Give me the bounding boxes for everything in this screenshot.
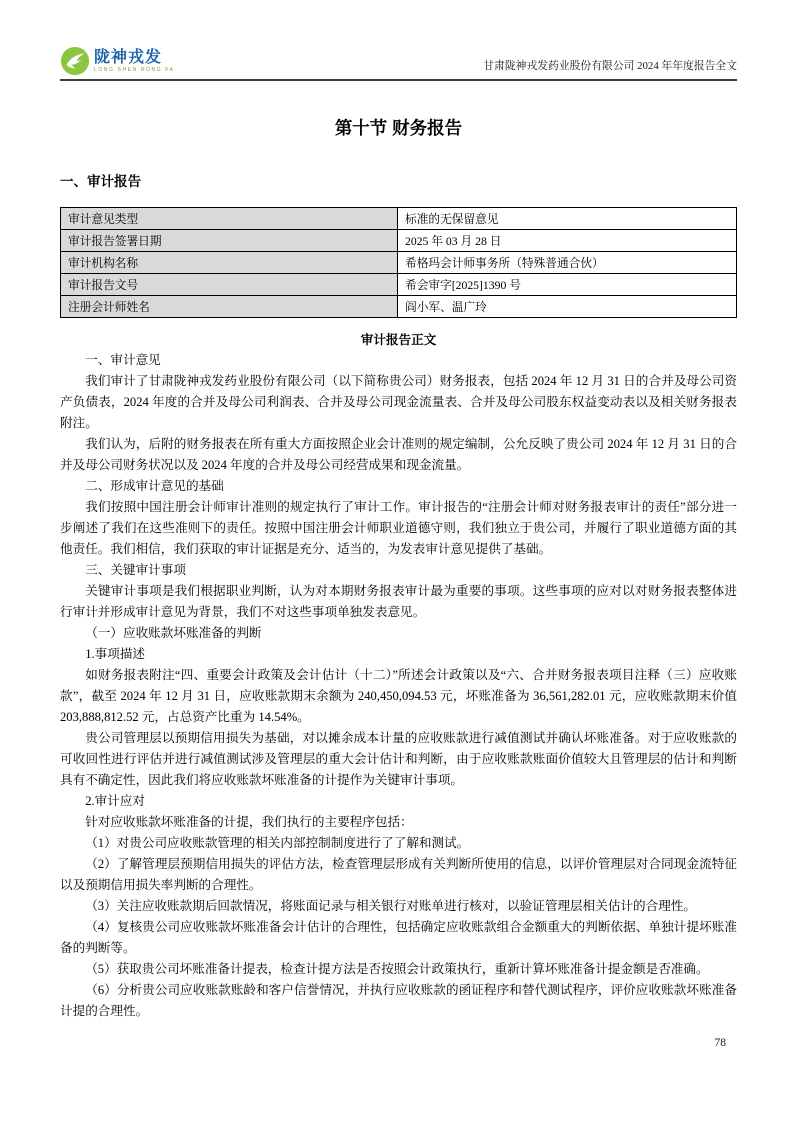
- audit-report-body-title: 审计报告正文: [60, 329, 737, 348]
- header-doc-title: 甘肃陇神戎发药业股份有限公司 2024 年年度报告全文: [483, 58, 737, 76]
- body-paragraph: 2.审计应对: [60, 791, 737, 812]
- page-title: 第十节 财务报告: [60, 115, 737, 140]
- body-paragraph: 1.事项描述: [60, 644, 737, 665]
- body-paragraph: （1）对贵公司应收账款管理的相关内部控制制度进行了了解和测试。: [60, 833, 737, 854]
- table-cell-label: 审计报告签署日期: [61, 230, 398, 252]
- table-cell-value: 2025 年 03 月 28 日: [398, 230, 737, 252]
- report-page: 陇神戎发 LONG SHEN RONG FA 甘肃陇神戎发药业股份有限公司 20…: [0, 0, 793, 1122]
- page-content: 陇神戎发 LONG SHEN RONG FA 甘肃陇神戎发药业股份有限公司 20…: [60, 0, 737, 1022]
- table-row: 审计机构名称 希格玛会计师事务所（特殊普通合伙）: [61, 252, 737, 274]
- table-row: 注册会计师姓名 阎小军、温广玲: [61, 296, 737, 318]
- logo-brand-en: LONG SHEN RONG FA: [94, 68, 175, 73]
- body-paragraph: 我们审计了甘肃陇神戎发药业股份有限公司（以下简称贵公司）财务报表，包括 2024…: [60, 371, 737, 434]
- body-paragraph: 三、关键审计事项: [60, 560, 737, 581]
- body-paragraph: （6）分析贵公司应收账款账龄和客户信誉情况，并执行应收账款的函证程序和替代测试程…: [60, 980, 737, 1022]
- table-cell-value: 希格玛会计师事务所（特殊普通合伙）: [398, 252, 737, 274]
- table-cell-label: 审计意见类型: [61, 208, 398, 230]
- section-heading-audit-report: 一、审计报告: [60, 170, 737, 190]
- body-paragraph: （3）关注应收账款期后回款情况，将账面记录与相关银行对账单进行核对，以验证管理层…: [60, 896, 737, 917]
- body-paragraph: 如财务报表附注“四、重要会计政策及会计估计（十二）”所述会计政策以及“六、合并财…: [60, 665, 737, 728]
- table-cell-value: 阎小军、温广玲: [398, 296, 737, 318]
- body-paragraph: （2）了解管理层预期信用损失的评估方法，检查管理层形成有关判断所使用的信息，以评…: [60, 854, 737, 896]
- body-paragraph: 关键审计事项是我们根据职业判断，认为对本期财务报表审计最为重要的事项。这些事项的…: [60, 581, 737, 623]
- body-paragraph: 一、审计意见: [60, 350, 737, 371]
- body-paragraph: 贵公司管理层以预期信用损失为基础，对以摊余成本计量的应收账款进行减值测试并确认坏…: [60, 728, 737, 791]
- body-paragraph: （4）复核贵公司应收账款坏账准备会计估计的合理性，包括确定应收账款组合金额重大的…: [60, 917, 737, 959]
- body-paragraph: （5）获取贵公司坏账准备计提表，检查计提方法是否按照会计政策执行，重新计算坏账准…: [60, 959, 737, 980]
- logo-bird-icon: [60, 46, 90, 76]
- table-cell-value: 希会审字[2025]1390 号: [398, 274, 737, 296]
- table-row: 审计报告文号 希会审字[2025]1390 号: [61, 274, 737, 296]
- table-cell-value: 标准的无保留意见: [398, 208, 737, 230]
- body-paragraph: （一）应收账款坏账准备的判断: [60, 623, 737, 644]
- body-paragraph: 我们认为，后附的财务报表在所有重大方面按照企业会计准则的规定编制，公允反映了贵公…: [60, 434, 737, 476]
- table-cell-label: 审计机构名称: [61, 252, 398, 274]
- logo-brand-cn: 陇神戎发: [94, 50, 175, 66]
- table-cell-label: 审计报告文号: [61, 274, 398, 296]
- body-paragraph: 二、形成审计意见的基础: [60, 476, 737, 497]
- logo-text: 陇神戎发 LONG SHEN RONG FA: [94, 50, 175, 73]
- page-header: 陇神戎发 LONG SHEN RONG FA 甘肃陇神戎发药业股份有限公司 20…: [60, 0, 737, 81]
- body-paragraph: 我们按照中国注册会计师审计准则的规定执行了审计工作。审计报告的“注册会计师对财务…: [60, 497, 737, 560]
- audit-report-body: 一、审计意见 我们审计了甘肃陇神戎发药业股份有限公司（以下简称贵公司）财务报表，…: [60, 350, 737, 1022]
- body-paragraph: 针对应收账款坏账准备的计提，我们执行的主要程序包括：: [60, 812, 737, 833]
- page-number: 78: [715, 1037, 727, 1049]
- table-cell-label: 注册会计师姓名: [61, 296, 398, 318]
- company-logo: 陇神戎发 LONG SHEN RONG FA: [60, 46, 175, 76]
- table-row: 审计报告签署日期 2025 年 03 月 28 日: [61, 230, 737, 252]
- audit-summary-table: 审计意见类型 标准的无保留意见 审计报告签署日期 2025 年 03 月 28 …: [60, 207, 737, 318]
- table-row: 审计意见类型 标准的无保留意见: [61, 208, 737, 230]
